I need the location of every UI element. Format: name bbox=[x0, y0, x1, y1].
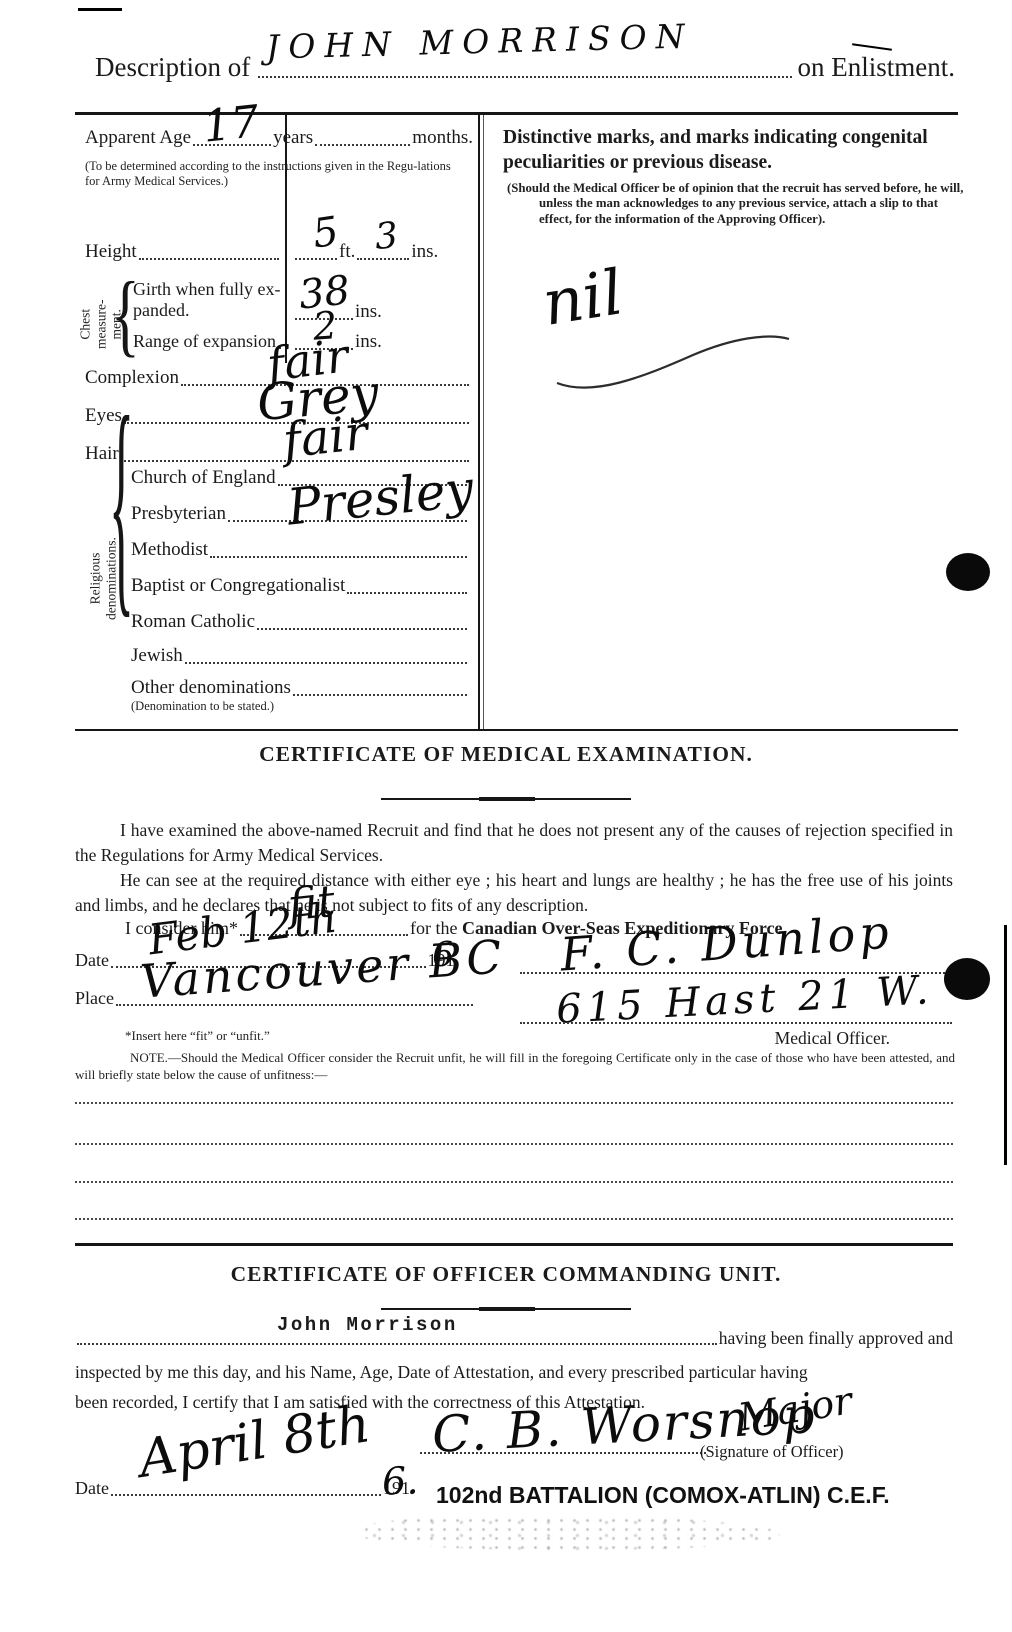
dotted-leader bbox=[111, 962, 426, 968]
range-value-row: ins. bbox=[293, 331, 413, 353]
range-row: Range of expansion bbox=[133, 331, 281, 352]
height-row: Height bbox=[85, 241, 281, 263]
dotted-leader bbox=[121, 456, 469, 462]
battalion-stamp: 102nd BATTALION (COMOX-ATLIN) C.E.F. bbox=[436, 1482, 890, 1509]
place-label: Place bbox=[75, 988, 114, 1009]
recruit-name-handwritten: John Morrison bbox=[266, 16, 694, 66]
marks-note: (Should the Medical Officer be of opinio… bbox=[507, 181, 969, 227]
dotted-leader bbox=[193, 140, 271, 146]
blank-line bbox=[75, 1177, 953, 1183]
date-label: Date bbox=[75, 1478, 109, 1499]
marks-value: nil bbox=[539, 261, 627, 335]
ink-smudge bbox=[360, 1516, 780, 1550]
girth-label: Girth when fully ex- panded. bbox=[133, 279, 281, 320]
column-divider bbox=[478, 115, 480, 729]
months-label: months. bbox=[412, 127, 473, 149]
dotted-leader bbox=[210, 552, 467, 558]
column-divider-inner bbox=[483, 115, 484, 729]
religion-label: Methodist bbox=[131, 539, 208, 561]
officer-cert-name: John Morrison bbox=[277, 1315, 458, 1337]
religion-row-church: Church of England bbox=[131, 467, 469, 489]
force-name: Canadian Over-Seas Expeditionary Force. bbox=[462, 918, 787, 939]
religion-label: Other denominations bbox=[131, 677, 291, 699]
dotted-leader bbox=[293, 690, 467, 696]
dotted-leader bbox=[420, 1452, 706, 1454]
blank-line bbox=[75, 1098, 953, 1104]
officer-cert-title: CERTIFICATE OF OFFICER COMMANDING UNIT. bbox=[0, 1262, 1012, 1287]
dotted-leader bbox=[347, 588, 467, 594]
complexion-row: Complexion bbox=[85, 367, 471, 389]
enlistment-form-page: Description of John Morrison on Enlistme… bbox=[0, 0, 1012, 1632]
ins-unit: ins. bbox=[411, 241, 438, 263]
medical-cert-title: CERTIFICATE OF MEDICAL EXAMINATION. bbox=[0, 742, 1012, 767]
date-label: Date bbox=[75, 950, 109, 971]
religion-other-note: (Denomination to be stated.) bbox=[131, 699, 274, 714]
religion-row-catholic: Roman Catholic bbox=[131, 611, 469, 633]
officer-date-row: Date 191 bbox=[75, 1478, 410, 1499]
officer-name-row: John Morrison having been finally approv… bbox=[75, 1328, 953, 1348]
consider-fit-row: I consider him* for the Canadian Over-Se… bbox=[75, 918, 835, 939]
religion-row-other: Other denominations bbox=[131, 677, 469, 699]
dotted-leader bbox=[520, 1022, 952, 1024]
ft-unit: ft. bbox=[339, 241, 355, 263]
dotted-leader bbox=[357, 254, 409, 260]
medical-para-2: He can see at the required distance with… bbox=[75, 868, 953, 917]
dotted-leader bbox=[116, 1000, 473, 1006]
hole-punch-mark bbox=[946, 553, 990, 591]
girth-value-row: ins. bbox=[293, 301, 413, 323]
page-header: Description of John Morrison on Enlistme… bbox=[95, 52, 955, 83]
religion-label: Presbyterian bbox=[131, 503, 226, 525]
consider-prefix: I consider him* bbox=[125, 918, 238, 939]
blank-line bbox=[75, 1214, 953, 1220]
insert-fit-note: *Insert here “fit” or “unfit.” bbox=[125, 1028, 270, 1044]
religion-row-presbyterian: Presbyterian bbox=[131, 503, 469, 525]
range-label: Range of expansion bbox=[133, 331, 276, 352]
dotted-leader bbox=[124, 418, 469, 424]
section-divider bbox=[75, 1243, 953, 1246]
consider-mid: for the bbox=[410, 918, 457, 939]
dotted-leader bbox=[240, 930, 408, 936]
header-suffix: on Enlistment. bbox=[798, 52, 956, 83]
section-rule bbox=[381, 796, 631, 801]
medical-date-row: Date 191 . bbox=[75, 950, 475, 971]
medical-officer-label: Medical Officer. bbox=[520, 1028, 890, 1049]
dotted-leader bbox=[315, 140, 410, 146]
description-box: Apparent Age years months. 17 (To be det… bbox=[75, 112, 958, 731]
marks-flourish bbox=[553, 325, 793, 395]
medical-note: NOTE.—Should the Medical Officer conside… bbox=[75, 1050, 955, 1084]
dotted-leader: John Morrison bbox=[77, 1339, 717, 1345]
dotted-leader bbox=[257, 624, 467, 630]
measurement-divider bbox=[285, 115, 287, 363]
header-prefix: Description of bbox=[95, 52, 250, 83]
dotted-leader bbox=[278, 480, 467, 486]
height-label: Height bbox=[85, 241, 137, 263]
religion-label: Roman Catholic bbox=[131, 611, 255, 633]
officer-cert-line2: inspected by me this day, and his Name, … bbox=[75, 1362, 953, 1383]
scan-edge-artifact bbox=[1004, 925, 1007, 1165]
marks-heading: Distinctive marks, and marks indicating … bbox=[503, 125, 941, 176]
religion-label: Jewish bbox=[131, 645, 183, 667]
apparent-age-note: (To be determined according to the instr… bbox=[85, 159, 467, 189]
religion-label: Church of England bbox=[131, 467, 276, 489]
section-rule bbox=[381, 1306, 631, 1311]
dotted-leader bbox=[295, 344, 353, 350]
apparent-age-label: Apparent Age bbox=[85, 127, 191, 149]
hole-punch-mark bbox=[944, 958, 990, 1000]
apparent-age-row: Apparent Age years months. bbox=[85, 127, 473, 149]
year-suffix: . bbox=[471, 950, 476, 971]
dotted-leader bbox=[295, 314, 353, 320]
dotted-leader bbox=[228, 516, 467, 522]
year-printed: 191 bbox=[383, 1478, 410, 1499]
dotted-leader bbox=[139, 254, 279, 260]
girth-unit: ins. bbox=[355, 301, 382, 323]
approved-text: having been finally approved and bbox=[719, 1328, 953, 1348]
year-printed: 191 bbox=[428, 950, 455, 971]
recruit-name-line: John Morrison bbox=[258, 68, 791, 78]
dotted-leader bbox=[111, 1490, 381, 1496]
height-value-row: ft. ins. bbox=[293, 241, 465, 263]
religion-row-methodist: Methodist bbox=[131, 539, 469, 561]
medical-place-row: Place bbox=[75, 988, 475, 1009]
religion-label: Baptist or Congregationalist bbox=[131, 575, 345, 597]
dotted-leader bbox=[295, 254, 337, 260]
blank-line bbox=[75, 1139, 953, 1145]
dotted-leader bbox=[181, 380, 469, 386]
dotted-leader bbox=[278, 343, 279, 349]
officer-cert-line3: been recorded, I certify that I am satis… bbox=[75, 1392, 953, 1413]
scan-edge-artifact bbox=[78, 8, 122, 11]
dotted-leader bbox=[520, 972, 952, 974]
religion-row-jewish: Jewish bbox=[131, 645, 469, 667]
medical-para-1: I have examined the above-named Recruit … bbox=[75, 818, 953, 867]
hair-row: Hair bbox=[85, 443, 471, 465]
religion-row-baptist: Baptist or Congregationalist bbox=[131, 575, 469, 597]
medical-officer-address: 615 Hast 21 W. bbox=[555, 970, 934, 1030]
scan-edge-artifact bbox=[852, 43, 892, 51]
dotted-leader bbox=[185, 658, 467, 664]
signature-of-officer-label: (Signature of Officer) bbox=[700, 1442, 844, 1462]
eyes-row: Eyes bbox=[85, 405, 471, 427]
years-label: years bbox=[273, 127, 313, 149]
range-unit: ins. bbox=[355, 331, 382, 353]
